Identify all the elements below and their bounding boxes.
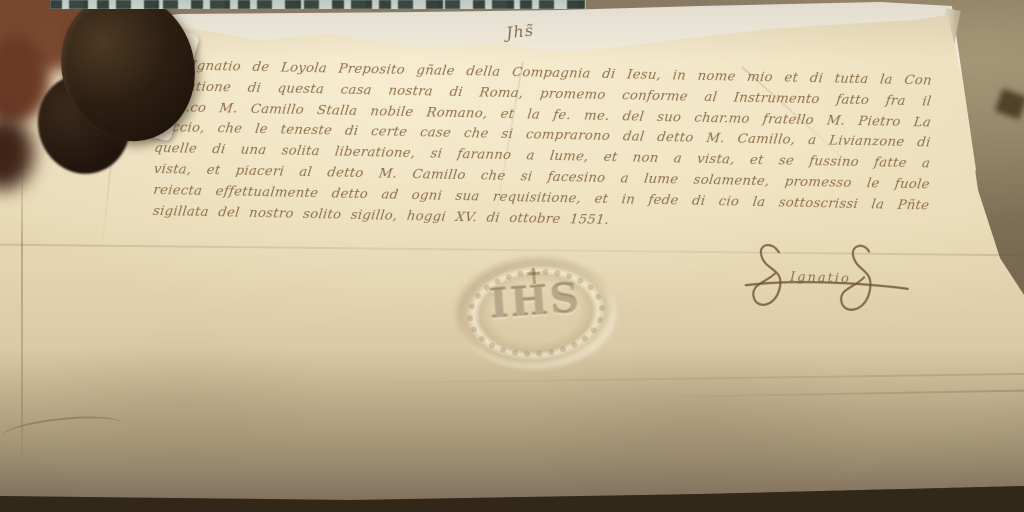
ignatius-signature: Ignatio [737, 237, 918, 321]
cutoff-caption-band [50, 0, 586, 9]
manuscript-text-block: Io Ignatio de Loyola Preposito gñale del… [153, 56, 932, 238]
wax-seal-stamp [18, 0, 218, 216]
cutoff-caption-glyphs [50, 0, 586, 9]
jhs-invocation: Jhs̃ [505, 21, 535, 43]
video-frame: Jhs̃ Io Ignatio de Loyola Preposito gñal… [0, 0, 1024, 512]
signature-flourish-left [753, 245, 782, 306]
signature-text: Ignatio [789, 270, 851, 287]
